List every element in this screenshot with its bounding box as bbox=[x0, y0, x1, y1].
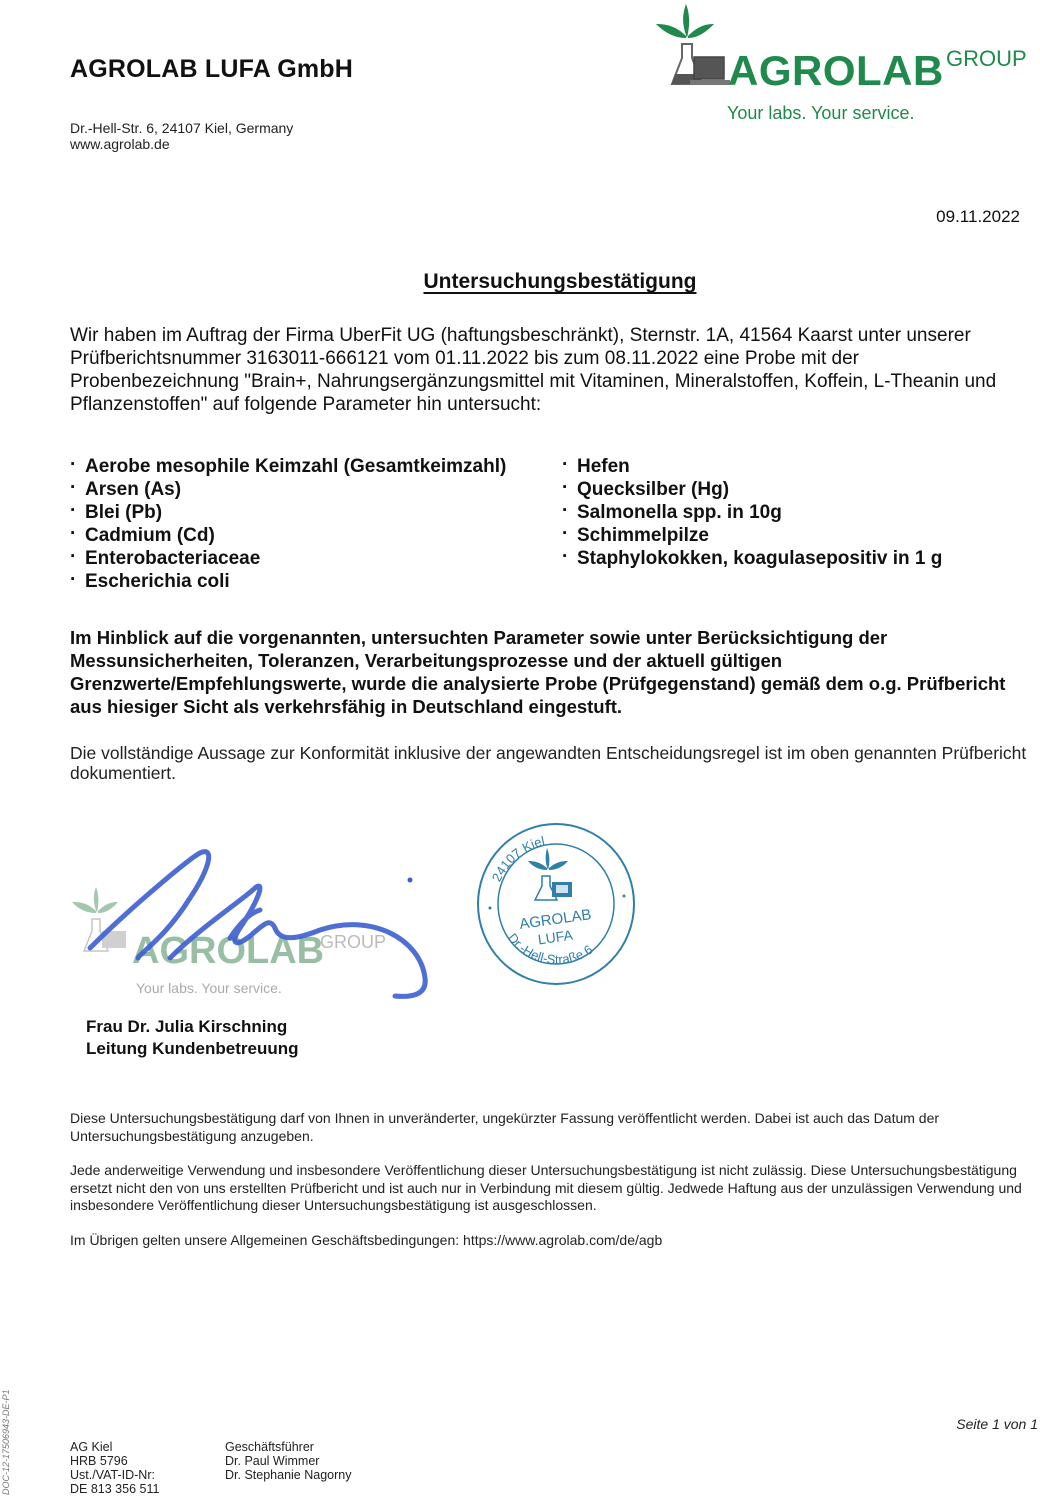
page-number: Seite 1 von 1 bbox=[956, 1416, 1038, 1432]
company-name: AGROLAB LUFA GmbH bbox=[70, 55, 353, 84]
footer-registry-line: AG Kiel bbox=[70, 1440, 159, 1454]
document-date: 09.11.2022 bbox=[936, 207, 1020, 227]
company-stamp: 24107 Kiel Dr.-Hell-Straße 6 AGROLAB LUF… bbox=[472, 818, 639, 988]
footer-registry-line: HRB 5796 bbox=[70, 1454, 159, 1468]
parameter-item: Hefen bbox=[562, 455, 942, 478]
logo-group-label: GROUP bbox=[946, 46, 1027, 72]
stamp-logo-icon bbox=[528, 848, 572, 900]
signer-name: Frau Dr. Julia Kirschning bbox=[86, 1016, 298, 1038]
parameter-item: Blei (Pb) bbox=[70, 501, 506, 524]
conclusion-paragraph: Im Hinblick auf die vorgenannten, unters… bbox=[70, 626, 1030, 718]
legal-note-restriction: Jede anderweitige Verwendung und insbeso… bbox=[70, 1162, 1030, 1215]
parameter-item: Staphylokokken, koagulasepositiv in 1 g bbox=[562, 547, 942, 570]
signature-area: AGROLAB GROUP Your labs. Your service. bbox=[70, 818, 480, 1003]
handwritten-signature bbox=[70, 818, 480, 1003]
document-title: Untersuchungsbestätigung bbox=[0, 270, 1040, 294]
signer-block: Frau Dr. Julia Kirschning Leitung Kunden… bbox=[86, 1016, 298, 1060]
conformity-note: Die vollständige Aussage zur Konformität… bbox=[70, 743, 1030, 783]
legal-notes: Diese Untersuchungsbestätigung darf von … bbox=[70, 1110, 1030, 1266]
logo-tagline: Your labs. Your service. bbox=[727, 103, 914, 124]
legal-note-publication: Diese Untersuchungsbestätigung darf von … bbox=[70, 1110, 1030, 1145]
company-address-block: Dr.-Hell-Str. 6, 24107 Kiel, Germany www… bbox=[70, 120, 293, 152]
stamp-top-text: 24107 Kiel bbox=[489, 833, 546, 884]
legal-note-terms: Im Übrigen gelten unsere Allgemeinen Ges… bbox=[70, 1232, 1030, 1250]
parameter-item: Quecksilber (Hg) bbox=[562, 478, 942, 501]
footer-registry-line: DE 813 356 511 bbox=[70, 1482, 159, 1496]
document-id: DOC-12-17506943-DE-P1 bbox=[1, 1375, 17, 1500]
parameter-item: Aerobe mesophile Keimzahl (Gesamtkeimzah… bbox=[70, 455, 506, 478]
flask-plant-laptop-icon bbox=[652, 0, 732, 95]
footer-manager: Dr. Stephanie Nagorny bbox=[225, 1468, 351, 1482]
svg-text:24107 Kiel: 24107 Kiel bbox=[489, 833, 546, 884]
parameter-item: Cadmium (Cd) bbox=[70, 524, 506, 547]
footer-registry-line: Ust./VAT-ID-Nr: bbox=[70, 1468, 159, 1482]
parameter-list-left: Aerobe mesophile Keimzahl (Gesamtkeimzah… bbox=[70, 455, 506, 593]
parameter-item: Salmonella spp. in 10g bbox=[562, 501, 942, 524]
parameter-item: Escherichia coli bbox=[70, 570, 506, 593]
logo-wordmark: AGROLAB bbox=[728, 47, 944, 95]
parameter-item: Schimmelpilze bbox=[562, 524, 942, 547]
footer-management: Geschäftsführer Dr. Paul Wimmer Dr. Step… bbox=[225, 1440, 351, 1482]
agrolab-logo: AGROLAB GROUP Your labs. Your service. bbox=[650, 0, 1040, 130]
company-website: www.agrolab.de bbox=[70, 136, 293, 152]
footer-registry: AG Kiel HRB 5796 Ust./VAT-ID-Nr: DE 813 … bbox=[70, 1440, 159, 1496]
parameter-item: Arsen (As) bbox=[70, 478, 506, 501]
parameter-list-right: Hefen Quecksilber (Hg) Salmonella spp. i… bbox=[562, 455, 942, 570]
parameter-item: Enterobacteriaceae bbox=[70, 547, 506, 570]
footer-management-title: Geschäftsführer bbox=[225, 1440, 351, 1454]
intro-paragraph: Wir haben im Auftrag der Firma UberFit U… bbox=[70, 324, 1030, 416]
footer-manager: Dr. Paul Wimmer bbox=[225, 1454, 351, 1468]
company-address: Dr.-Hell-Str. 6, 24107 Kiel, Germany bbox=[70, 120, 293, 136]
signer-role: Leitung Kundenbetreuung bbox=[86, 1038, 298, 1060]
